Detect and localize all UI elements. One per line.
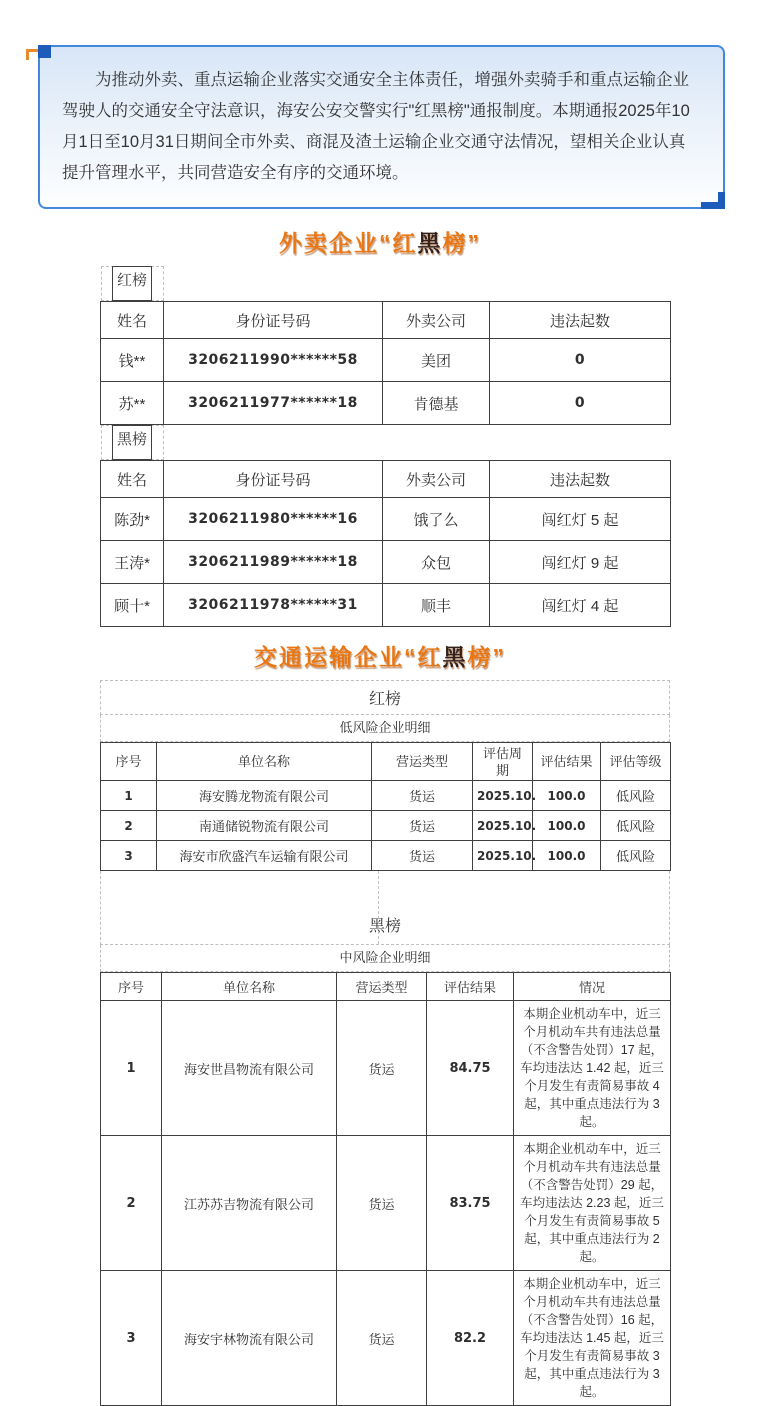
- cell-violations: 闯红灯 9 起: [490, 541, 671, 584]
- cell-grade: 低风险: [601, 781, 671, 811]
- mid-risk-table: 序号 单位名称 营运类型 评估结果 情况 1 海安世昌物流有限公司 货运 84.…: [100, 972, 671, 1406]
- cell-index: 2: [101, 1136, 162, 1271]
- intro-box: 为推动外卖、重点运输企业落实交通安全主体责任，增强外卖骑手和重点运输企业驾驶人的…: [38, 45, 725, 209]
- low-risk-label: 低风险企业明细: [100, 715, 670, 742]
- intro-text: 为推动外卖、重点运输企业落实交通安全主体责任，增强外卖骑手和重点运输企业驾驶人的…: [40, 47, 723, 207]
- col-header-company: 外卖公司: [383, 461, 490, 498]
- cell-company: 海安市欣盛汽车运输有限公司: [157, 841, 372, 871]
- table-row: 3 海安宇林物流有限公司 货运 82.2 本期企业机动车中，近三个月机动车共有违…: [101, 1271, 671, 1406]
- cell-situation: 本期企业机动车中，近三个月机动车共有违法总量（不含警告处罚）17 起，车均违法达…: [514, 1001, 671, 1136]
- cell-type: 货运: [372, 811, 473, 841]
- table-row: 陈劲* 3206211980******16 饿了么 闯红灯 5 起: [101, 498, 671, 541]
- title-text: 外卖企业“红: [279, 230, 418, 256]
- cell-company: 美团: [383, 339, 490, 382]
- col-header-violations: 违法起数: [490, 302, 671, 339]
- low-risk-header-row: 序号 单位名称 营运类型 评估周期 评估结果 评估等级: [101, 743, 671, 781]
- cell-score: 82.2: [427, 1271, 514, 1406]
- col-header-violations: 违法起数: [490, 461, 671, 498]
- black-band-label: 黑榜: [369, 913, 401, 936]
- cell-index: 2: [101, 811, 157, 841]
- col-header-company: 单位名称: [162, 973, 337, 1001]
- cell-name: 王涛*: [101, 541, 164, 584]
- cell-company: 众包: [383, 541, 490, 584]
- cell-period: 2025.10.: [473, 811, 533, 841]
- cell-company: 顺丰: [383, 584, 490, 627]
- col-header-period: 评估周期: [473, 743, 533, 781]
- cell-period: 2025.10.: [473, 781, 533, 811]
- cell-grade: 低风险: [601, 841, 671, 871]
- col-header-type: 营运类型: [337, 973, 427, 1001]
- cell-situation: 本期企业机动车中，近三个月机动车共有违法总量（不含警告处罚）29 起，车均违法达…: [514, 1136, 671, 1271]
- mid-risk-label: 中风险企业明细: [100, 945, 670, 972]
- table-row: 钱** 3206211990******58 美团 0: [101, 339, 671, 382]
- mid-risk-header-row: 序号 单位名称 营运类型 评估结果 情况: [101, 973, 671, 1001]
- cell-id: 3206211977******18: [164, 382, 383, 425]
- cell-score: 100.0: [533, 811, 601, 841]
- table-row: 2 江苏苏吉物流有限公司 货运 83.75 本期企业机动车中，近三个月机动车共有…: [101, 1136, 671, 1271]
- cell-name: 顾十*: [101, 584, 164, 627]
- table-row: 顾十* 3206211978******31 顺丰 闯红灯 4 起: [101, 584, 671, 627]
- title-text: 榜”: [443, 230, 482, 256]
- title-text-black-char: 黑: [418, 230, 443, 256]
- cell-violations: 闯红灯 5 起: [490, 498, 671, 541]
- col-header-index: 序号: [101, 973, 162, 1001]
- cell-id: 3206211978******31: [164, 584, 383, 627]
- cell-situation: 本期企业机动车中，近三个月机动车共有违法总量（不含警告处罚）16 起，车均违法达…: [514, 1271, 671, 1406]
- cell-company: 肯德基: [383, 382, 490, 425]
- delivery-header-row: 姓名 身份证号码 外卖公司 违法起数: [101, 461, 671, 498]
- table-row: 2 南通储锐物流有限公司 货运 2025.10. 100.0 低风险: [101, 811, 671, 841]
- col-header-grade: 评估等级: [601, 743, 671, 781]
- cell-grade: 低风险: [601, 811, 671, 841]
- col-header-situation: 情况: [514, 973, 671, 1001]
- cell-type: 货运: [372, 781, 473, 811]
- cell-type: 货运: [337, 1271, 427, 1406]
- title-text: 交通运输企业“红: [254, 644, 443, 670]
- col-header-id: 身份证号码: [164, 302, 383, 339]
- box-corner-accent-topleft: [38, 45, 51, 58]
- title-text-black-char: 黑: [443, 644, 468, 670]
- col-header-name: 姓名: [101, 302, 164, 339]
- title-text: 榜”: [468, 644, 507, 670]
- low-risk-table: 序号 单位名称 营运类型 评估周期 评估结果 评估等级 1 海安腾龙物流有限公司…: [100, 742, 671, 871]
- cell-id: 3206211990******58: [164, 339, 383, 382]
- cell-violations: 0: [490, 382, 671, 425]
- delivery-header-row: 姓名 身份证号码 外卖公司 违法起数: [101, 302, 671, 339]
- cell-score: 100.0: [533, 781, 601, 811]
- transport-section-title: 交通运输企业“红黑榜”: [0, 639, 760, 672]
- table-row: 3 海安市欣盛汽车运输有限公司 货运 2025.10. 100.0 低风险: [101, 841, 671, 871]
- cell-company: 江苏苏吉物流有限公司: [162, 1136, 337, 1271]
- cell-violations: 0: [490, 339, 671, 382]
- cell-index: 3: [101, 841, 157, 871]
- cell-violations: 闯红灯 4 起: [490, 584, 671, 627]
- cell-index: 3: [101, 1271, 162, 1406]
- delivery-table: 红榜 姓名 身份证号码 外卖公司 违法起数 钱** 3206211990****…: [100, 266, 671, 627]
- cell-name: 钱**: [101, 339, 164, 382]
- col-header-score: 评估结果: [533, 743, 601, 781]
- col-header-company: 单位名称: [157, 743, 372, 781]
- delivery-black-band-row: 黑榜: [101, 425, 164, 460]
- cell-score: 84.75: [427, 1001, 514, 1136]
- cell-index: 1: [101, 781, 157, 811]
- cell-score: 83.75: [427, 1136, 514, 1271]
- cell-name: 苏**: [101, 382, 164, 425]
- cell-period: 2025.10.: [473, 841, 533, 871]
- cell-company: 饿了么: [383, 498, 490, 541]
- box-corner-accent-bottomright-vertical: [718, 192, 725, 209]
- col-header-type: 营运类型: [372, 743, 473, 781]
- transport-black-band: 黑榜: [100, 871, 670, 945]
- red-band-label: 红榜: [369, 686, 401, 709]
- table-row: 王涛* 3206211989******18 众包 闯红灯 9 起: [101, 541, 671, 584]
- cell-name: 陈劲*: [101, 498, 164, 541]
- col-header-score: 评估结果: [427, 973, 514, 1001]
- red-band-label: 红榜: [112, 266, 152, 301]
- delivery-section-title: 外卖企业“红黑榜”: [0, 225, 760, 258]
- cell-score: 100.0: [533, 841, 601, 871]
- col-header-name: 姓名: [101, 461, 164, 498]
- cell-company: 海安世昌物流有限公司: [162, 1001, 337, 1136]
- cell-index: 1: [101, 1001, 162, 1136]
- col-header-company: 外卖公司: [383, 302, 490, 339]
- table-row: 苏** 3206211977******18 肯德基 0: [101, 382, 671, 425]
- cell-type: 货运: [337, 1136, 427, 1271]
- cell-id: 3206211989******18: [164, 541, 383, 584]
- delivery-red-band-row: 红榜: [101, 266, 164, 301]
- cell-type: 货运: [372, 841, 473, 871]
- cell-company: 海安腾龙物流有限公司: [157, 781, 372, 811]
- black-band-label: 黑榜: [112, 425, 152, 460]
- transport-red-band: 红榜: [100, 680, 670, 715]
- transport-section: 红榜 低风险企业明细 序号 单位名称 营运类型 评估周期 评估结果 评估等级 1…: [100, 680, 670, 1406]
- cell-id: 3206211980******16: [164, 498, 383, 541]
- table-row: 1 海安腾龙物流有限公司 货运 2025.10. 100.0 低风险: [101, 781, 671, 811]
- cell-type: 货运: [337, 1001, 427, 1136]
- table-row: 1 海安世昌物流有限公司 货运 84.75 本期企业机动车中，近三个月机动车共有…: [101, 1001, 671, 1136]
- col-header-index: 序号: [101, 743, 157, 781]
- cell-company: 南通储锐物流有限公司: [157, 811, 372, 841]
- cell-company: 海安宇林物流有限公司: [162, 1271, 337, 1406]
- col-header-id: 身份证号码: [164, 461, 383, 498]
